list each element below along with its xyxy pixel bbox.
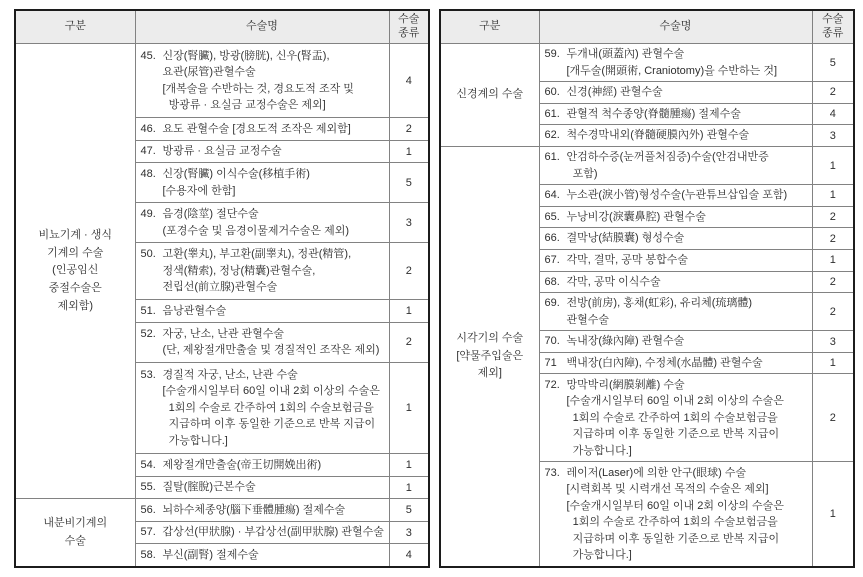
surgery-name-content: 50.고환(睾丸), 부고환(副睾丸), 정관(精管), 정색(精索), 정낭(…	[141, 246, 385, 296]
category-cell: 신경계의 수술	[440, 44, 539, 147]
surgery-name-cell: 61.관혈적 척수종양(脊髓腫瘍) 절제수술	[539, 103, 812, 125]
surgery-name-text: 고환(睾丸), 부고환(副睾丸), 정관(精管), 정색(精索), 정낭(精囊)…	[163, 246, 352, 296]
category-cell: 비뇨기계 · 생식 기계의 수술 (인공임신 중절수술은 제외함)	[15, 44, 135, 499]
kinds-count-cell: 2	[389, 118, 429, 141]
kinds-count-cell: 1	[389, 362, 429, 454]
surgery-name-text: 결막낭(結膜囊) 형성수술	[567, 230, 685, 247]
row-number: 54.	[141, 457, 159, 474]
row-number: 51.	[141, 303, 159, 320]
surgery-name-cell: 69.전방(前房), 홍채(虹彩), 유리체(琉璃體) 관혈수술	[539, 293, 812, 331]
row-number: 57.	[141, 524, 159, 541]
surgery-name-content: 48.신장(腎臟) 이식수술(移植手術) [수용자에 한함]	[141, 166, 385, 199]
row-number: 53.	[141, 367, 159, 384]
kinds-count-cell: 2	[812, 206, 854, 228]
surgery-name-cell: 68.각막, 공막 이식수술	[539, 271, 812, 293]
surgery-name-content: 52.자궁, 난소, 난관 관혈수술 (단, 제왕절개만출술 및 경질적인 조작…	[141, 326, 385, 359]
row-number: 72.	[545, 377, 563, 394]
surgery-name-content: 45.신장(腎臟), 방광(膀胱), 신우(腎盂), 요관(尿管)관혈수술 [개…	[141, 48, 385, 114]
surgery-name-content: 55.질탈(腟脫)근본수술	[141, 479, 385, 496]
surgery-name-cell: 51.음낭관혈수술	[135, 300, 389, 323]
row-number: 64.	[545, 187, 563, 204]
surgery-name-text: 요도 관혈수술 [경요도적 조작은 제외함]	[163, 121, 351, 138]
surgery-name-content: 68.각막, 공막 이식수술	[545, 274, 808, 291]
surgery-name-content: 65.누낭비강(淚囊鼻腔) 관혈수술	[545, 209, 808, 226]
category-cell: 내분비기계의 수술	[15, 499, 135, 567]
surgery-name-text: 망막박리(網膜剝離) 수술 [수술개시일부터 60일 이내 2회 이상의 수술은…	[567, 377, 784, 460]
row-number: 47.	[141, 143, 159, 160]
col-header-surgery-name: 수술명	[135, 10, 389, 44]
kinds-count-cell: 2	[812, 82, 854, 104]
row-number: 69.	[545, 295, 563, 312]
surgery-name-text: 신장(腎臟), 방광(膀胱), 신우(腎盂), 요관(尿管)관혈수술 [개복술을…	[163, 48, 354, 114]
row-number: 56.	[141, 502, 159, 519]
surgery-name-text: 갑상선(甲狀腺) · 부갑상선(副甲狀腺) 관혈수술	[163, 524, 384, 541]
surgery-name-content: 54.제왕절개만출술(帝王切開娩出術)	[141, 457, 385, 474]
surgery-table-right: 구분 수술명 수술 종류 신경계의 수술59.두개내(頭蓋內) 관혈수술 [개두…	[439, 9, 855, 568]
surgery-name-cell: 70.녹내장(綠內障) 관혈수술	[539, 331, 812, 353]
surgery-name-cell: 49.음경(陰莖) 절단수술 (포경수술 및 음경이물제거수술은 제외)	[135, 203, 389, 243]
surgery-name-cell: 56.뇌하수체종양(腦下垂體腫瘍) 절제수술	[135, 499, 389, 522]
kinds-count-cell: 2	[389, 243, 429, 300]
kinds-count-cell: 2	[389, 322, 429, 362]
kinds-count-cell: 2	[812, 293, 854, 331]
surgery-name-cell: 48.신장(腎臟) 이식수술(移植手術) [수용자에 한함]	[135, 163, 389, 203]
surgery-name-text: 자궁, 난소, 난관 관혈수술 (단, 제왕절개만출술 및 경질적인 조작은 제…	[163, 326, 380, 359]
kinds-count-cell: 3	[812, 331, 854, 353]
row-number: 65.	[545, 209, 563, 226]
surgery-name-cell: 67.각막, 결막, 공막 봉합수술	[539, 249, 812, 271]
surgery-name-text: 경질적 자궁, 난소, 난관 수술 [수술개시일부터 60일 이내 2회 이상의…	[163, 367, 380, 450]
surgery-name-text: 레이저(Laser)에 의한 안구(眼球) 수술 [시력회복 및 시력개선 목적…	[567, 465, 784, 564]
kinds-count-cell: 5	[389, 163, 429, 203]
surgery-name-cell: 50.고환(睾丸), 부고환(副睾丸), 정관(精管), 정색(精索), 정낭(…	[135, 243, 389, 300]
surgery-name-content: 64.누소관(淚小管)형성수술(누관튜브삽입술 포함)	[545, 187, 808, 204]
kinds-count-cell: 4	[389, 44, 429, 118]
row-number: 49.	[141, 206, 159, 223]
kinds-count-cell: 2	[812, 271, 854, 293]
kinds-count-cell: 4	[812, 103, 854, 125]
surgery-name-text: 신장(腎臟) 이식수술(移植手術) [수용자에 한함]	[163, 166, 310, 199]
row-number: 68.	[545, 274, 563, 291]
surgery-name-content: 72.망막박리(網膜剝離) 수술 [수술개시일부터 60일 이내 2회 이상의 …	[545, 377, 808, 460]
surgery-name-cell: 54.제왕절개만출술(帝王切開娩出術)	[135, 454, 389, 477]
row-number: 61.	[545, 149, 563, 166]
surgery-table-right-body: 신경계의 수술59.두개내(頭蓋內) 관혈수술 [개두술(開頭術, Cranio…	[440, 44, 854, 568]
table-row: 내분비기계의 수술56.뇌하수체종양(腦下垂體腫瘍) 절제수술5	[15, 499, 429, 522]
surgery-name-text: 방광류 · 요실금 교정수술	[163, 143, 282, 160]
row-number: 55.	[141, 479, 159, 496]
surgery-name-content: 57.갑상선(甲狀腺) · 부갑상선(副甲狀腺) 관혈수술	[141, 524, 385, 541]
surgery-name-content: 60.신경(神經) 관혈수술	[545, 84, 808, 101]
table-row: 시각기의 수술 [약물주입술은 제외]61.안검하수증(눈꺼풀처짐증)수술(안검…	[440, 146, 854, 184]
surgery-name-text: 제왕절개만출술(帝王切開娩出術)	[163, 457, 322, 474]
surgery-name-cell: 47.방광류 · 요실금 교정수술	[135, 140, 389, 163]
surgery-name-content: 51.음낭관혈수술	[141, 303, 385, 320]
surgery-name-cell: 55.질탈(腟脫)근본수술	[135, 476, 389, 499]
surgery-name-content: 47.방광류 · 요실금 교정수술	[141, 143, 385, 160]
kinds-count-cell: 1	[389, 454, 429, 477]
surgery-table-left: 구분 수술명 수술 종류 비뇨기계 · 생식 기계의 수술 (인공임신 중절수술…	[14, 9, 430, 568]
col-header-category: 구분	[15, 10, 135, 44]
row-number: 71	[545, 355, 563, 372]
surgery-name-content: 71백내장(白內障), 수정체(水晶體) 관혈수술	[545, 355, 808, 372]
kinds-count-cell: 1	[812, 146, 854, 184]
row-number: 60.	[545, 84, 563, 101]
row-number: 62.	[545, 127, 563, 144]
surgery-name-content: 70.녹내장(綠內障) 관혈수술	[545, 333, 808, 350]
document-page: 구분 수술명 수술 종류 비뇨기계 · 생식 기계의 수술 (인공임신 중절수술…	[0, 0, 863, 577]
surgery-name-cell: 73.레이저(Laser)에 의한 안구(眼球) 수술 [시력회복 및 시력개선…	[539, 462, 812, 567]
table-row: 비뇨기계 · 생식 기계의 수술 (인공임신 중절수술은 제외함)45.신장(腎…	[15, 44, 429, 118]
col-header-surgery-name: 수술명	[539, 10, 812, 44]
surgery-name-cell: 66.결막낭(結膜囊) 형성수술	[539, 228, 812, 250]
surgery-name-content: 56.뇌하수체종양(腦下垂體腫瘍) 절제수술	[141, 502, 385, 519]
surgery-name-content: 53.경질적 자궁, 난소, 난관 수술 [수술개시일부터 60일 이내 2회 …	[141, 367, 385, 450]
surgery-name-content: 49.음경(陰莖) 절단수술 (포경수술 및 음경이물제거수술은 제외)	[141, 206, 385, 239]
surgery-name-content: 62.척수경막내외(脊髓硬膜內外) 관혈수술	[545, 127, 808, 144]
surgery-name-cell: 60.신경(神經) 관혈수술	[539, 82, 812, 104]
row-number: 50.	[141, 246, 159, 263]
surgery-name-text: 뇌하수체종양(腦下垂體腫瘍) 절제수술	[163, 502, 346, 519]
surgery-name-cell: 52.자궁, 난소, 난관 관혈수술 (단, 제왕절개만출술 및 경질적인 조작…	[135, 322, 389, 362]
kinds-count-cell: 1	[389, 300, 429, 323]
row-number: 67.	[545, 252, 563, 269]
surgery-name-text: 신경(神經) 관혈수술	[567, 84, 663, 101]
surgery-name-text: 음낭관혈수술	[163, 303, 227, 320]
surgery-name-cell: 58.부신(副腎) 절제수술	[135, 544, 389, 567]
row-number: 48.	[141, 166, 159, 183]
row-number: 58.	[141, 547, 159, 564]
surgery-name-content: 61.안검하수증(눈꺼풀처짐증)수술(안검내반증 포함)	[545, 149, 808, 182]
surgery-name-cell: 45.신장(腎臟), 방광(膀胱), 신우(腎盂), 요관(尿管)관혈수술 [개…	[135, 44, 389, 118]
row-number: 59.	[545, 46, 563, 63]
surgery-name-text: 질탈(腟脫)근본수술	[163, 479, 256, 496]
surgery-name-content: 67.각막, 결막, 공막 봉합수술	[545, 252, 808, 269]
surgery-name-cell: 59.두개내(頭蓋內) 관혈수술 [개두술(開頭術, Craniotomy)을 …	[539, 44, 812, 82]
row-number: 70.	[545, 333, 563, 350]
surgery-name-content: 58.부신(副腎) 절제수술	[141, 547, 385, 564]
surgery-name-cell: 57.갑상선(甲狀腺) · 부갑상선(副甲狀腺) 관혈수술	[135, 521, 389, 544]
row-number: 66.	[545, 230, 563, 247]
surgery-name-text: 녹내장(綠內障) 관혈수술	[567, 333, 685, 350]
row-number: 46.	[141, 121, 159, 138]
surgery-name-text: 각막, 공막 이식수술	[567, 274, 661, 291]
col-header-kinds: 수술 종류	[812, 10, 854, 44]
surgery-table-left-body: 비뇨기계 · 생식 기계의 수술 (인공임신 중절수술은 제외함)45.신장(腎…	[15, 44, 429, 568]
surgery-name-text: 누낭비강(淚囊鼻腔) 관혈수술	[567, 209, 706, 226]
kinds-count-cell: 3	[389, 203, 429, 243]
kinds-count-cell: 3	[812, 125, 854, 147]
surgery-name-text: 부신(副腎) 절제수술	[163, 547, 259, 564]
surgery-name-cell: 46.요도 관혈수술 [경요도적 조작은 제외함]	[135, 118, 389, 141]
surgery-name-content: 66.결막낭(結膜囊) 형성수술	[545, 230, 808, 247]
kinds-count-cell: 1	[812, 249, 854, 271]
surgery-name-cell: 61.안검하수증(눈꺼풀처짐증)수술(안검내반증 포함)	[539, 146, 812, 184]
surgery-name-content: 61.관혈적 척수종양(脊髓腫瘍) 절제수술	[545, 106, 808, 123]
surgery-name-cell: 62.척수경막내외(脊髓硬膜內外) 관혈수술	[539, 125, 812, 147]
kinds-count-cell: 1	[812, 462, 854, 567]
surgery-name-cell: 65.누낭비강(淚囊鼻腔) 관혈수술	[539, 206, 812, 228]
surgery-name-cell: 64.누소관(淚小管)형성수술(누관튜브삽입술 포함)	[539, 185, 812, 207]
kinds-count-cell: 4	[389, 544, 429, 567]
surgery-name-cell: 72.망막박리(網膜剝離) 수술 [수술개시일부터 60일 이내 2회 이상의 …	[539, 374, 812, 462]
row-number: 45.	[141, 48, 159, 65]
col-header-category: 구분	[440, 10, 539, 44]
kinds-count-cell: 2	[812, 374, 854, 462]
category-cell: 시각기의 수술 [약물주입술은 제외]	[440, 146, 539, 567]
surgery-name-content: 46.요도 관혈수술 [경요도적 조작은 제외함]	[141, 121, 385, 138]
surgery-name-cell: 53.경질적 자궁, 난소, 난관 수술 [수술개시일부터 60일 이내 2회 …	[135, 362, 389, 454]
surgery-name-text: 두개내(頭蓋內) 관혈수술 [개두술(開頭術, Craniotomy)을 수반하…	[567, 46, 778, 79]
kinds-count-cell: 1	[812, 185, 854, 207]
header-row: 구분 수술명 수술 종류	[440, 10, 854, 44]
surgery-name-text: 안검하수증(눈꺼풀처짐증)수술(안검내반증 포함)	[567, 149, 769, 182]
row-number: 73.	[545, 465, 563, 482]
surgery-name-text: 음경(陰莖) 절단수술 (포경수술 및 음경이물제거수술은 제외)	[163, 206, 350, 239]
kinds-count-cell: 2	[812, 228, 854, 250]
surgery-name-text: 전방(前房), 홍채(虹彩), 유리체(琉璃體) 관혈수술	[567, 295, 753, 328]
header-row: 구분 수술명 수술 종류	[15, 10, 429, 44]
kinds-count-cell: 1	[389, 140, 429, 163]
row-number: 52.	[141, 326, 159, 343]
surgery-name-text: 각막, 결막, 공막 봉합수술	[567, 252, 689, 269]
surgery-name-cell: 71백내장(白內障), 수정체(水晶體) 관혈수술	[539, 352, 812, 374]
kinds-count-cell: 1	[389, 476, 429, 499]
kinds-count-cell: 3	[389, 521, 429, 544]
surgery-name-text: 척수경막내외(脊髓硬膜內外) 관혈수술	[567, 127, 750, 144]
col-header-kinds: 수술 종류	[389, 10, 429, 44]
surgery-name-text: 누소관(淚小管)형성수술(누관튜브삽입술 포함)	[567, 187, 788, 204]
kinds-count-cell: 5	[812, 44, 854, 82]
kinds-count-cell: 5	[389, 499, 429, 522]
kinds-count-cell: 1	[812, 352, 854, 374]
surgery-name-text: 관혈적 척수종양(脊髓腫瘍) 절제수술	[567, 106, 741, 123]
surgery-name-content: 59.두개내(頭蓋內) 관혈수술 [개두술(開頭術, Craniotomy)을 …	[545, 46, 808, 79]
surgery-name-content: 69.전방(前房), 홍채(虹彩), 유리체(琉璃體) 관혈수술	[545, 295, 808, 328]
surgery-name-content: 73.레이저(Laser)에 의한 안구(眼球) 수술 [시력회복 및 시력개선…	[545, 465, 808, 564]
surgery-name-text: 백내장(白內障), 수정체(水晶體) 관혈수술	[567, 355, 763, 372]
table-row: 신경계의 수술59.두개내(頭蓋內) 관혈수술 [개두술(開頭術, Cranio…	[440, 44, 854, 82]
row-number: 61.	[545, 106, 563, 123]
